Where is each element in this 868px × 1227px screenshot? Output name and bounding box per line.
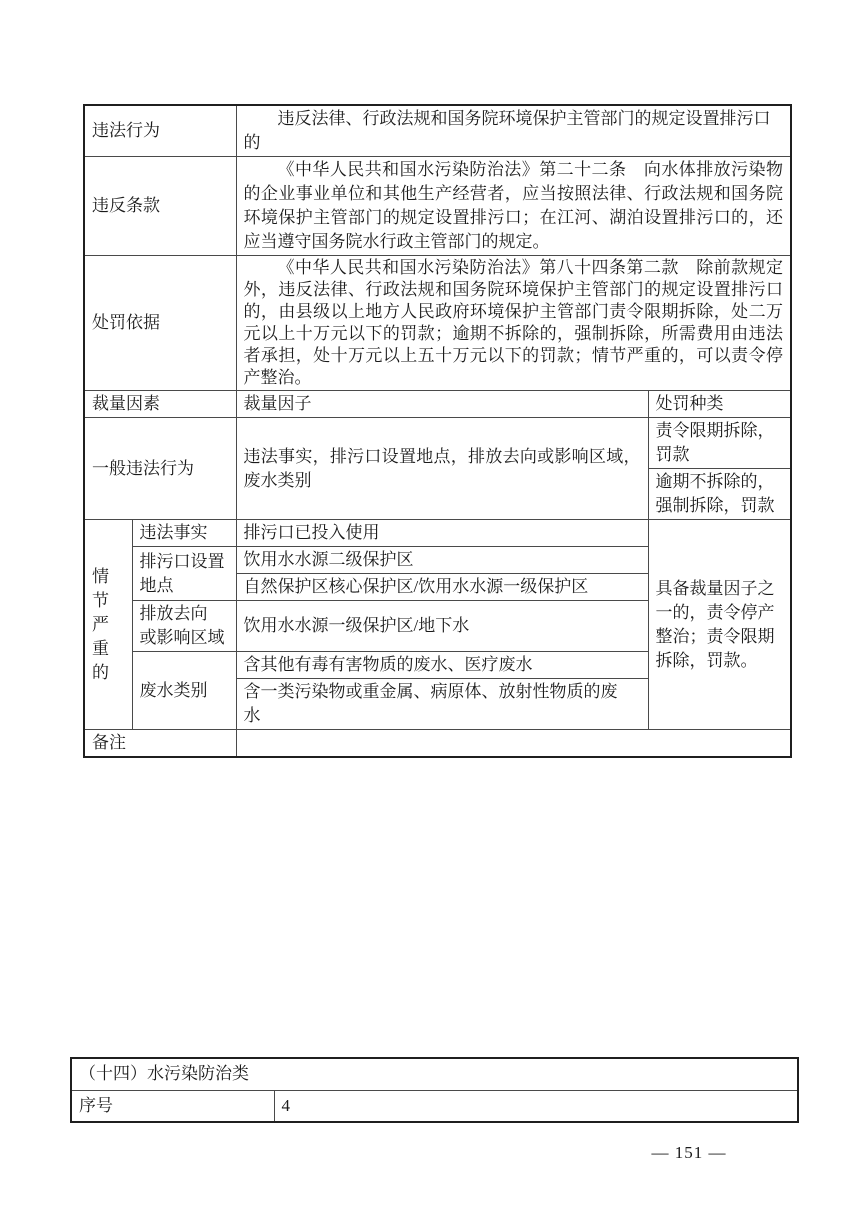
discharge-direction-value: 饮用水水源一级保护区/地下水 — [236, 601, 648, 652]
penalty-type-header: 处罚种类 — [648, 391, 791, 418]
seq-label: 序号 — [71, 1090, 274, 1122]
penalty-basis-content: 《中华人民共和国水污染防治法》第八十四条第二款 除前款规定外，违反法律、行政法规… — [236, 256, 791, 391]
table-row: （十四）水污染防治类 — [71, 1058, 798, 1090]
outlet-location-value-1: 饮用水水源二级保护区 — [236, 547, 648, 574]
illegal-act-label: 违法行为 — [84, 105, 236, 157]
discretion-subfactor-header: 裁量因子 — [236, 391, 648, 418]
severe-penalty: 具备裁量因子之一的，责令停产整治；责令限期拆除，罚款。 — [648, 520, 791, 730]
table-row: 处罚依据 《中华人民共和国水污染防治法》第八十四条第二款 除前款规定外，违反法律… — [84, 256, 791, 391]
table-row: 违反条款 《中华人民共和国水污染防治法》第二十二条 向水体排放污染物的企业事业单… — [84, 157, 791, 256]
discretion-factor-header: 裁量因素 — [84, 391, 236, 418]
outlet-location-value-2: 自然保护区核心保护区/饮用水水源一级保护区 — [236, 574, 648, 601]
violated-clause-label: 违反条款 — [84, 157, 236, 256]
discharge-direction-label: 排放去向 或影响区域 — [132, 601, 236, 652]
table-row: 情节 严重 的 违法事实 排污口已投入使用 具备裁量因子之一的，责令停产整治；责… — [84, 520, 791, 547]
general-violation-factors: 违法事实，排污口设置地点，排放去向或影响区域，废水类别 — [236, 418, 648, 520]
severe-fact-value: 排污口已投入使用 — [236, 520, 648, 547]
section-title: （十四）水污染防治类 — [71, 1058, 798, 1090]
penalty-discretion-table: 违法行为 违反法律、行政法规和国务院环境保护主管部门的规定设置排污口 的 违反条… — [83, 104, 792, 758]
outlet-location-label: 排污口设置 地点 — [132, 547, 236, 601]
remarks-label: 备注 — [84, 730, 236, 758]
wastewater-type-value-1: 含其他有毒有害物质的废水、医疗废水 — [236, 652, 648, 679]
illegal-act-content: 违反法律、行政法规和国务院环境保护主管部门的规定设置排污口 的 — [236, 105, 791, 157]
page-number: — 151 — — [609, 1141, 769, 1165]
general-violation-label: 一般违法行为 — [84, 418, 236, 520]
wastewater-type-label: 废水类别 — [132, 652, 236, 730]
table-row: 裁量因素 裁量因子 处罚种类 — [84, 391, 791, 418]
remarks-content — [236, 730, 791, 758]
general-penalty-overdue: 逾期不拆除的，强制拆除，罚款 — [648, 469, 791, 520]
table-row: 序号 4 — [71, 1090, 798, 1122]
table-row: 违法行为 违反法律、行政法规和国务院环境保护主管部门的规定设置排污口 的 — [84, 105, 791, 157]
seq-value: 4 — [274, 1090, 798, 1122]
page: 违法行为 违反法律、行政法规和国务院环境保护主管部门的规定设置排污口 的 违反条… — [0, 0, 868, 1227]
table-row: 备注 — [84, 730, 791, 758]
severe-fact-label: 违法事实 — [132, 520, 236, 547]
violated-clause-content: 《中华人民共和国水污染防治法》第二十二条 向水体排放污染物的企业事业单位和其他生… — [236, 157, 791, 256]
section-header-table: （十四）水污染防治类 序号 4 — [70, 1057, 799, 1123]
penalty-basis-label: 处罚依据 — [84, 256, 236, 391]
table-row: 一般违法行为 违法事实，排污口设置地点，排放去向或影响区域，废水类别 责令限期拆… — [84, 418, 791, 469]
general-penalty-order-dismantle: 责令限期拆除，罚款 — [648, 418, 791, 469]
wastewater-type-value-2: 含一类污染物或重金属、病原体、放射性物质的废 水 — [236, 679, 648, 730]
severe-circumstance-label: 情节 严重 的 — [84, 520, 132, 730]
